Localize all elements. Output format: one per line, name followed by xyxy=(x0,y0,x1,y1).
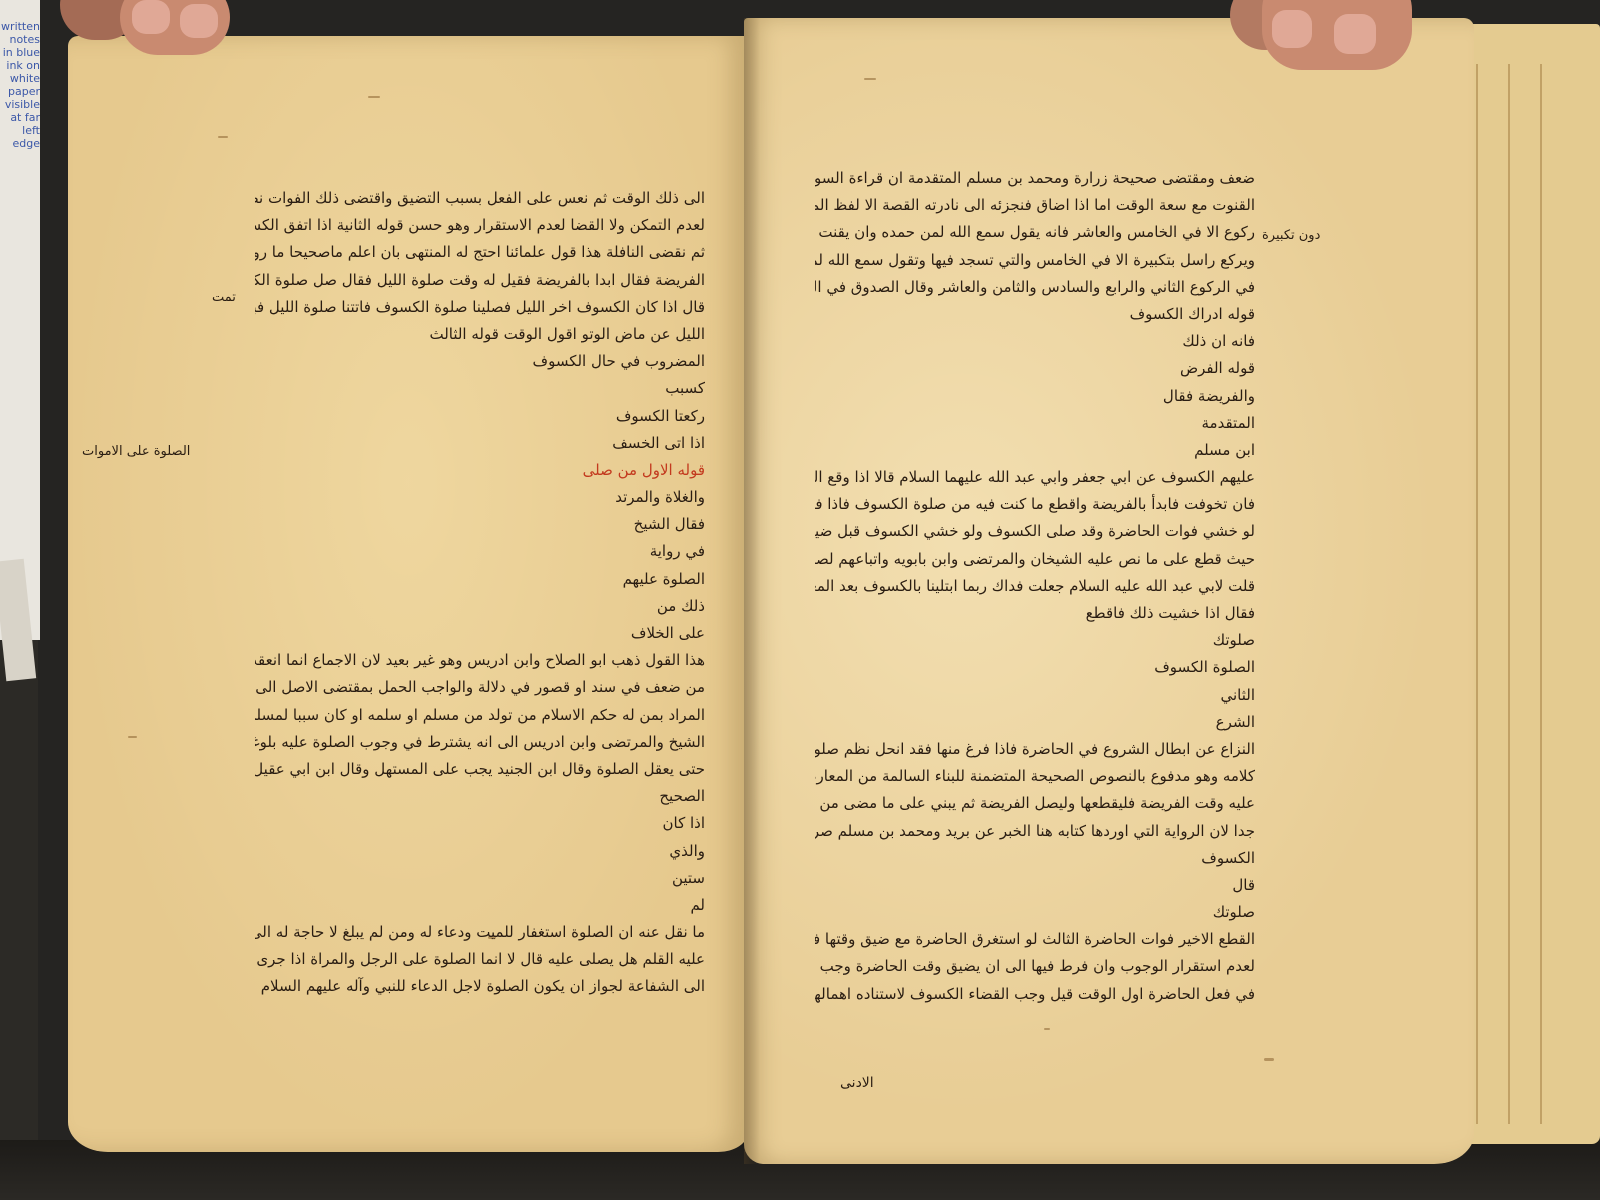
text-line: صلوتك xyxy=(815,899,1255,926)
text-line: الى الشفاعة لجواز ان يكون الصلوة لاجل ال… xyxy=(255,973,705,1000)
text-line: حيث قطع على ما نص عليه الشيخان والمرتضى … xyxy=(815,546,1255,573)
text-line: في رواية xyxy=(255,538,705,565)
left-page-text-block: الى ذلك الوقت ثم نعس على الفعل بسبب التض… xyxy=(255,185,705,1001)
background-note-paper: Handwritten notes in blue ink on white p… xyxy=(0,0,40,640)
text-line: لو خشي فوات الحاضرة وقد صلى الكسوف ولو خ… xyxy=(815,518,1255,545)
binding-gutter xyxy=(744,18,760,1164)
text-line: من ضعف في سند او قصور في دلالة والواجب ا… xyxy=(255,674,705,701)
margin-note: الصلوة على الاموات xyxy=(82,444,190,459)
fingernail xyxy=(1272,10,1312,48)
page-edge-line xyxy=(1540,64,1542,1124)
rubric-heading: قوله الاول من صلى xyxy=(583,461,705,479)
text-line: قال اذا كان الكسوف اخر الليل فصلينا صلوة… xyxy=(255,294,705,321)
text-line: النزاع عن ابطال الشروع في الحاضرة فاذا ف… xyxy=(815,736,1255,763)
paper-fleck xyxy=(864,78,876,80)
text-line: الى ذلك الوقت ثم نعس على الفعل بسبب التض… xyxy=(255,185,705,212)
text-line: في فعل الحاضرة اول الوقت قيل وجب القضاء … xyxy=(815,981,1255,1008)
text-line: الكسوف xyxy=(815,845,1255,872)
blue-ink-notes: Handwritten notes in blue ink on white p… xyxy=(0,20,40,580)
paper-fleck xyxy=(128,736,137,738)
text-line: الشرع xyxy=(815,709,1255,736)
text-line: ابن مسلم xyxy=(815,437,1255,464)
text-line: في الركوع الثاني والرابع والسادس والثامن… xyxy=(815,274,1255,301)
text-line: ركعتا الكسوف xyxy=(255,403,705,430)
text-line: اذا اتى الخسف xyxy=(255,430,705,457)
text-line: هذا القول ذهب ابو الصلاح وابن ادريس وهو … xyxy=(255,647,705,674)
fingernail xyxy=(1334,14,1376,54)
text-line: المتقدمة xyxy=(815,410,1255,437)
text-line: الشيخ والمرتضى وابن ادريس الى انه يشترط … xyxy=(255,729,705,756)
text-line: الصلوة الكسوف xyxy=(815,654,1255,681)
text-line: صلوتك xyxy=(815,627,1255,654)
margin-note: تمت xyxy=(212,290,236,305)
text-line: ويركع راسل بتكبيرة الا في الخامس والتي ت… xyxy=(815,247,1255,274)
text-line: والذي xyxy=(255,838,705,865)
text-line: عليه وقت الفريضة فليقطعها وليصل الفريضة … xyxy=(815,790,1255,817)
text-line: عليهم الكسوف عن ابي جعفر وابي عبد الله ع… xyxy=(815,464,1255,491)
paper-fleck xyxy=(368,96,380,98)
text-line: المضروب في حال الكسوف xyxy=(255,348,705,375)
text-line: قوله الفرض xyxy=(815,355,1255,382)
paper-fleck xyxy=(1264,1058,1274,1061)
page-edge-line xyxy=(1508,64,1510,1124)
text-line: ستين xyxy=(255,865,705,892)
right-page-text-block: ضعف ومقتضى صحيحة زرارة ومحمد بن مسلم الم… xyxy=(815,165,1255,1008)
text-line: ذلك من xyxy=(255,593,705,620)
text-line: قال xyxy=(815,872,1255,899)
text-line: على الخلاف xyxy=(255,620,705,647)
paper-fleck xyxy=(218,136,228,138)
fingernail xyxy=(180,4,218,38)
text-line: قوله ادراك الكسوف xyxy=(815,301,1255,328)
text-line: ضعف ومقتضى صحيحة زرارة ومحمد بن مسلم الم… xyxy=(815,165,1255,192)
fingernail xyxy=(132,0,170,34)
text-line: الصحيح xyxy=(255,783,705,810)
text-line: اذا كان xyxy=(255,810,705,837)
text-line: قوله الاول من صلى xyxy=(255,457,705,484)
text-line: الليل عن ماض الوتو اقول الوقت قوله الثال… xyxy=(255,321,705,348)
text-line: فان تخوفت فابدأ بالفريضة واقطع ما كنت في… xyxy=(815,491,1255,518)
text-line: لعدم استقرار الوجوب وان فرط فيها الى ان … xyxy=(815,953,1255,980)
text-line: فقال اذا خشيت ذلك فاقطع xyxy=(815,600,1255,627)
text-line: لعدم التمكن ولا القضا لعدم الاستقرار وهو… xyxy=(255,212,705,239)
text-line: المراد بمن له حكم الاسلام من تولد من مسل… xyxy=(255,702,705,729)
text-line: ما نقل عنه ان الصلوة استغفار للميت ودعاء… xyxy=(255,919,705,946)
text-line: الثاني xyxy=(815,682,1255,709)
text-line: كلامه وهو مدفوع بالنصوص الصحيحة المتضمنة… xyxy=(815,763,1255,790)
text-line: والغلاة والمرتد xyxy=(255,484,705,511)
page-edge-line xyxy=(1476,64,1478,1124)
text-line: ركوع الا في الخامس والعاشر فانه يقول سمع… xyxy=(815,219,1255,246)
text-line: الفريضة فقال ابدا بالفريضة فقيل له وقت ص… xyxy=(255,267,705,294)
text-line: القطع الاخير فوات الحاضرة الثالث لو استغ… xyxy=(815,926,1255,953)
text-line: الصلوة عليهم xyxy=(255,566,705,593)
text-line: كسبب xyxy=(255,375,705,402)
text-line: والفريضة فقال xyxy=(815,383,1255,410)
text-line: عليه القلم هل يصلى عليه قال لا انما الصل… xyxy=(255,946,705,973)
text-line: فقال الشيخ xyxy=(255,511,705,538)
text-line: حتى يعقل الصلوة وقال ابن الجنيد يجب على … xyxy=(255,756,705,783)
right-hand-fingers xyxy=(1262,0,1412,70)
text-line: فانه ان ذلك xyxy=(815,328,1255,355)
text-line: لم xyxy=(255,892,705,919)
margin-note: دون تكبيرة xyxy=(1262,228,1320,243)
text-line: ثم نقضى النافلة هذا قول علمائنا احتج له … xyxy=(255,239,705,266)
text-line: قلت لابي عبد الله عليه السلام جعلت فداك … xyxy=(815,573,1255,600)
text-line: جدا لان الرواية التي اوردها كتابه هنا ال… xyxy=(815,818,1255,845)
text-line: القنوت مع سعة الوقت اما اذا اضاق فنجزئه … xyxy=(815,192,1255,219)
paper-fleck xyxy=(1044,1028,1050,1030)
catchword: الادنى xyxy=(840,1075,874,1091)
left-hand-fingers xyxy=(120,0,230,55)
